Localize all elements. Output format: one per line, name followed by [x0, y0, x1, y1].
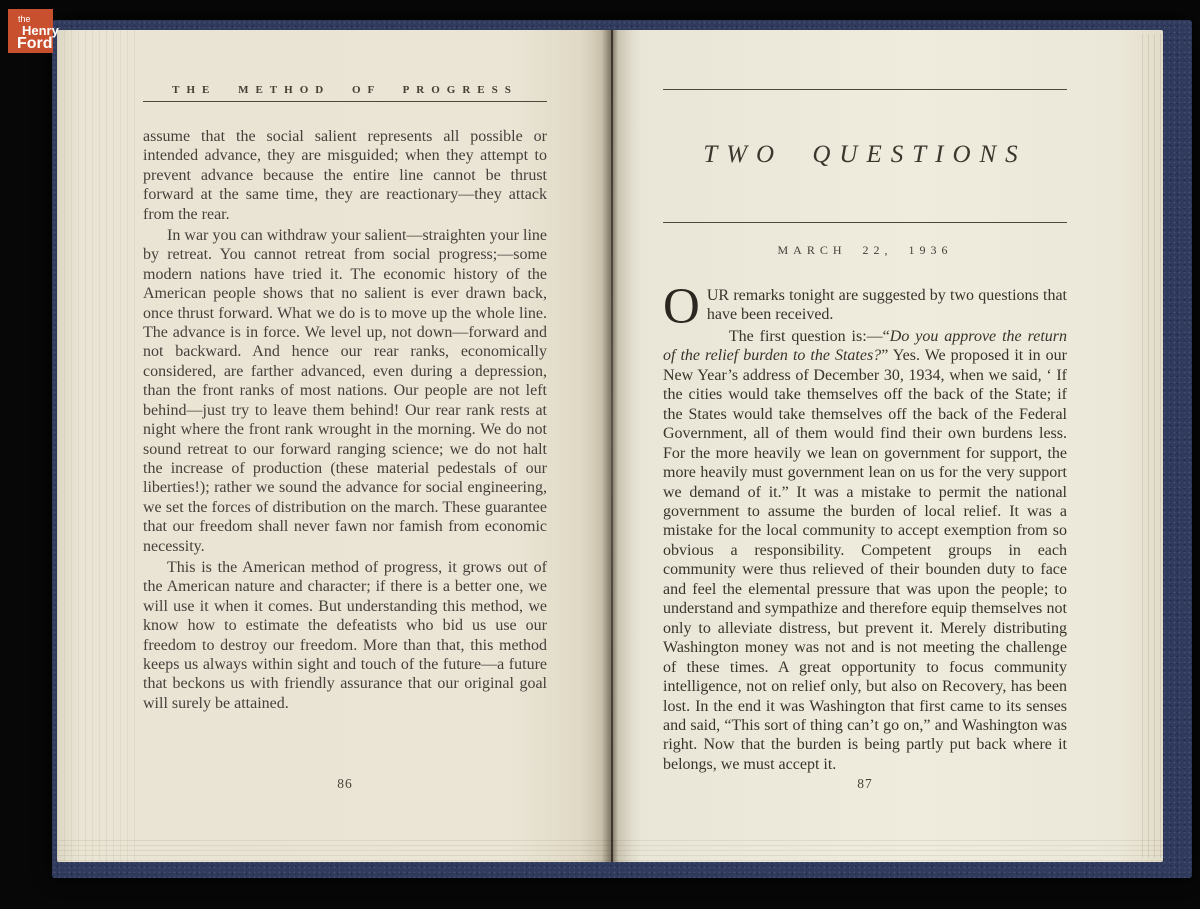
date-line: MARCH 22, 1936	[663, 243, 1067, 258]
logo-text-ford: Ford	[17, 36, 53, 52]
left-page-body: assume that the social salient represent…	[143, 127, 547, 713]
paragraph: This is the American method of progress,…	[143, 558, 547, 713]
paragraph-question: The first question is:—“Do you approve t…	[663, 327, 1067, 774]
title-rule-bottom	[663, 222, 1067, 223]
question-prefix: The first question is:—“	[729, 328, 890, 345]
page-number-right: 87	[663, 776, 1067, 792]
title-rule-top	[663, 89, 1067, 90]
photo-background: { "badge": { "line1": "the", "line2": "H…	[0, 0, 1200, 909]
running-header: THE METHOD OF PROGRESS	[143, 84, 547, 102]
page-number-left: 86	[143, 776, 547, 792]
chapter-title: TWO QUESTIONS	[663, 141, 1067, 169]
paragraph-opening: OUR remarks tonight are suggested by two…	[663, 286, 1067, 325]
question-rest: ” Yes. We proposed it in our New Year’s …	[663, 347, 1067, 773]
opening-text: UR remarks tonight are suggested by two …	[707, 287, 1067, 323]
drop-cap: O	[663, 286, 707, 327]
henry-ford-logo: the Henry Ford	[8, 9, 53, 53]
paragraph: assume that the social salient represent…	[143, 127, 547, 224]
paragraph: In war you can withdraw your salient—str…	[143, 226, 547, 556]
right-page-body: OUR remarks tonight are suggested by two…	[663, 286, 1067, 774]
